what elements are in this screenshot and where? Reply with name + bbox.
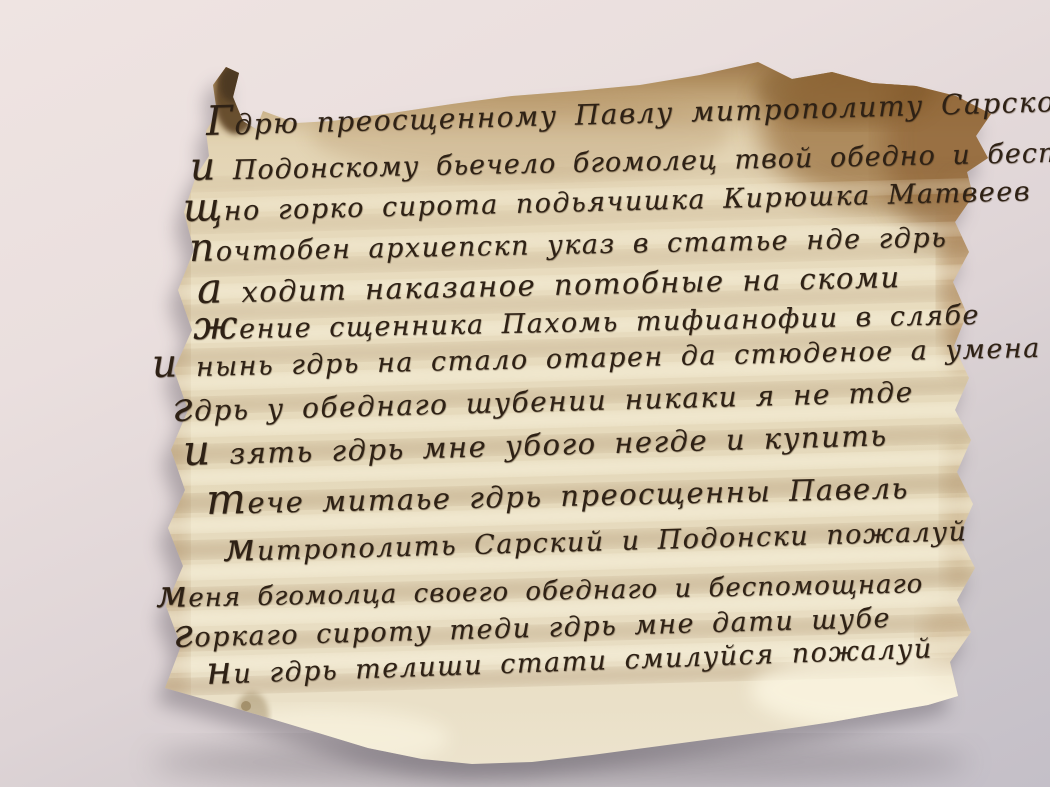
manuscript-photo: Гдрю преосщенному Павлу митрополиту Сарс… xyxy=(0,0,1050,787)
manuscript-text: Гдрю преосщенному Павлу митрополиту Сарс… xyxy=(0,0,1050,787)
